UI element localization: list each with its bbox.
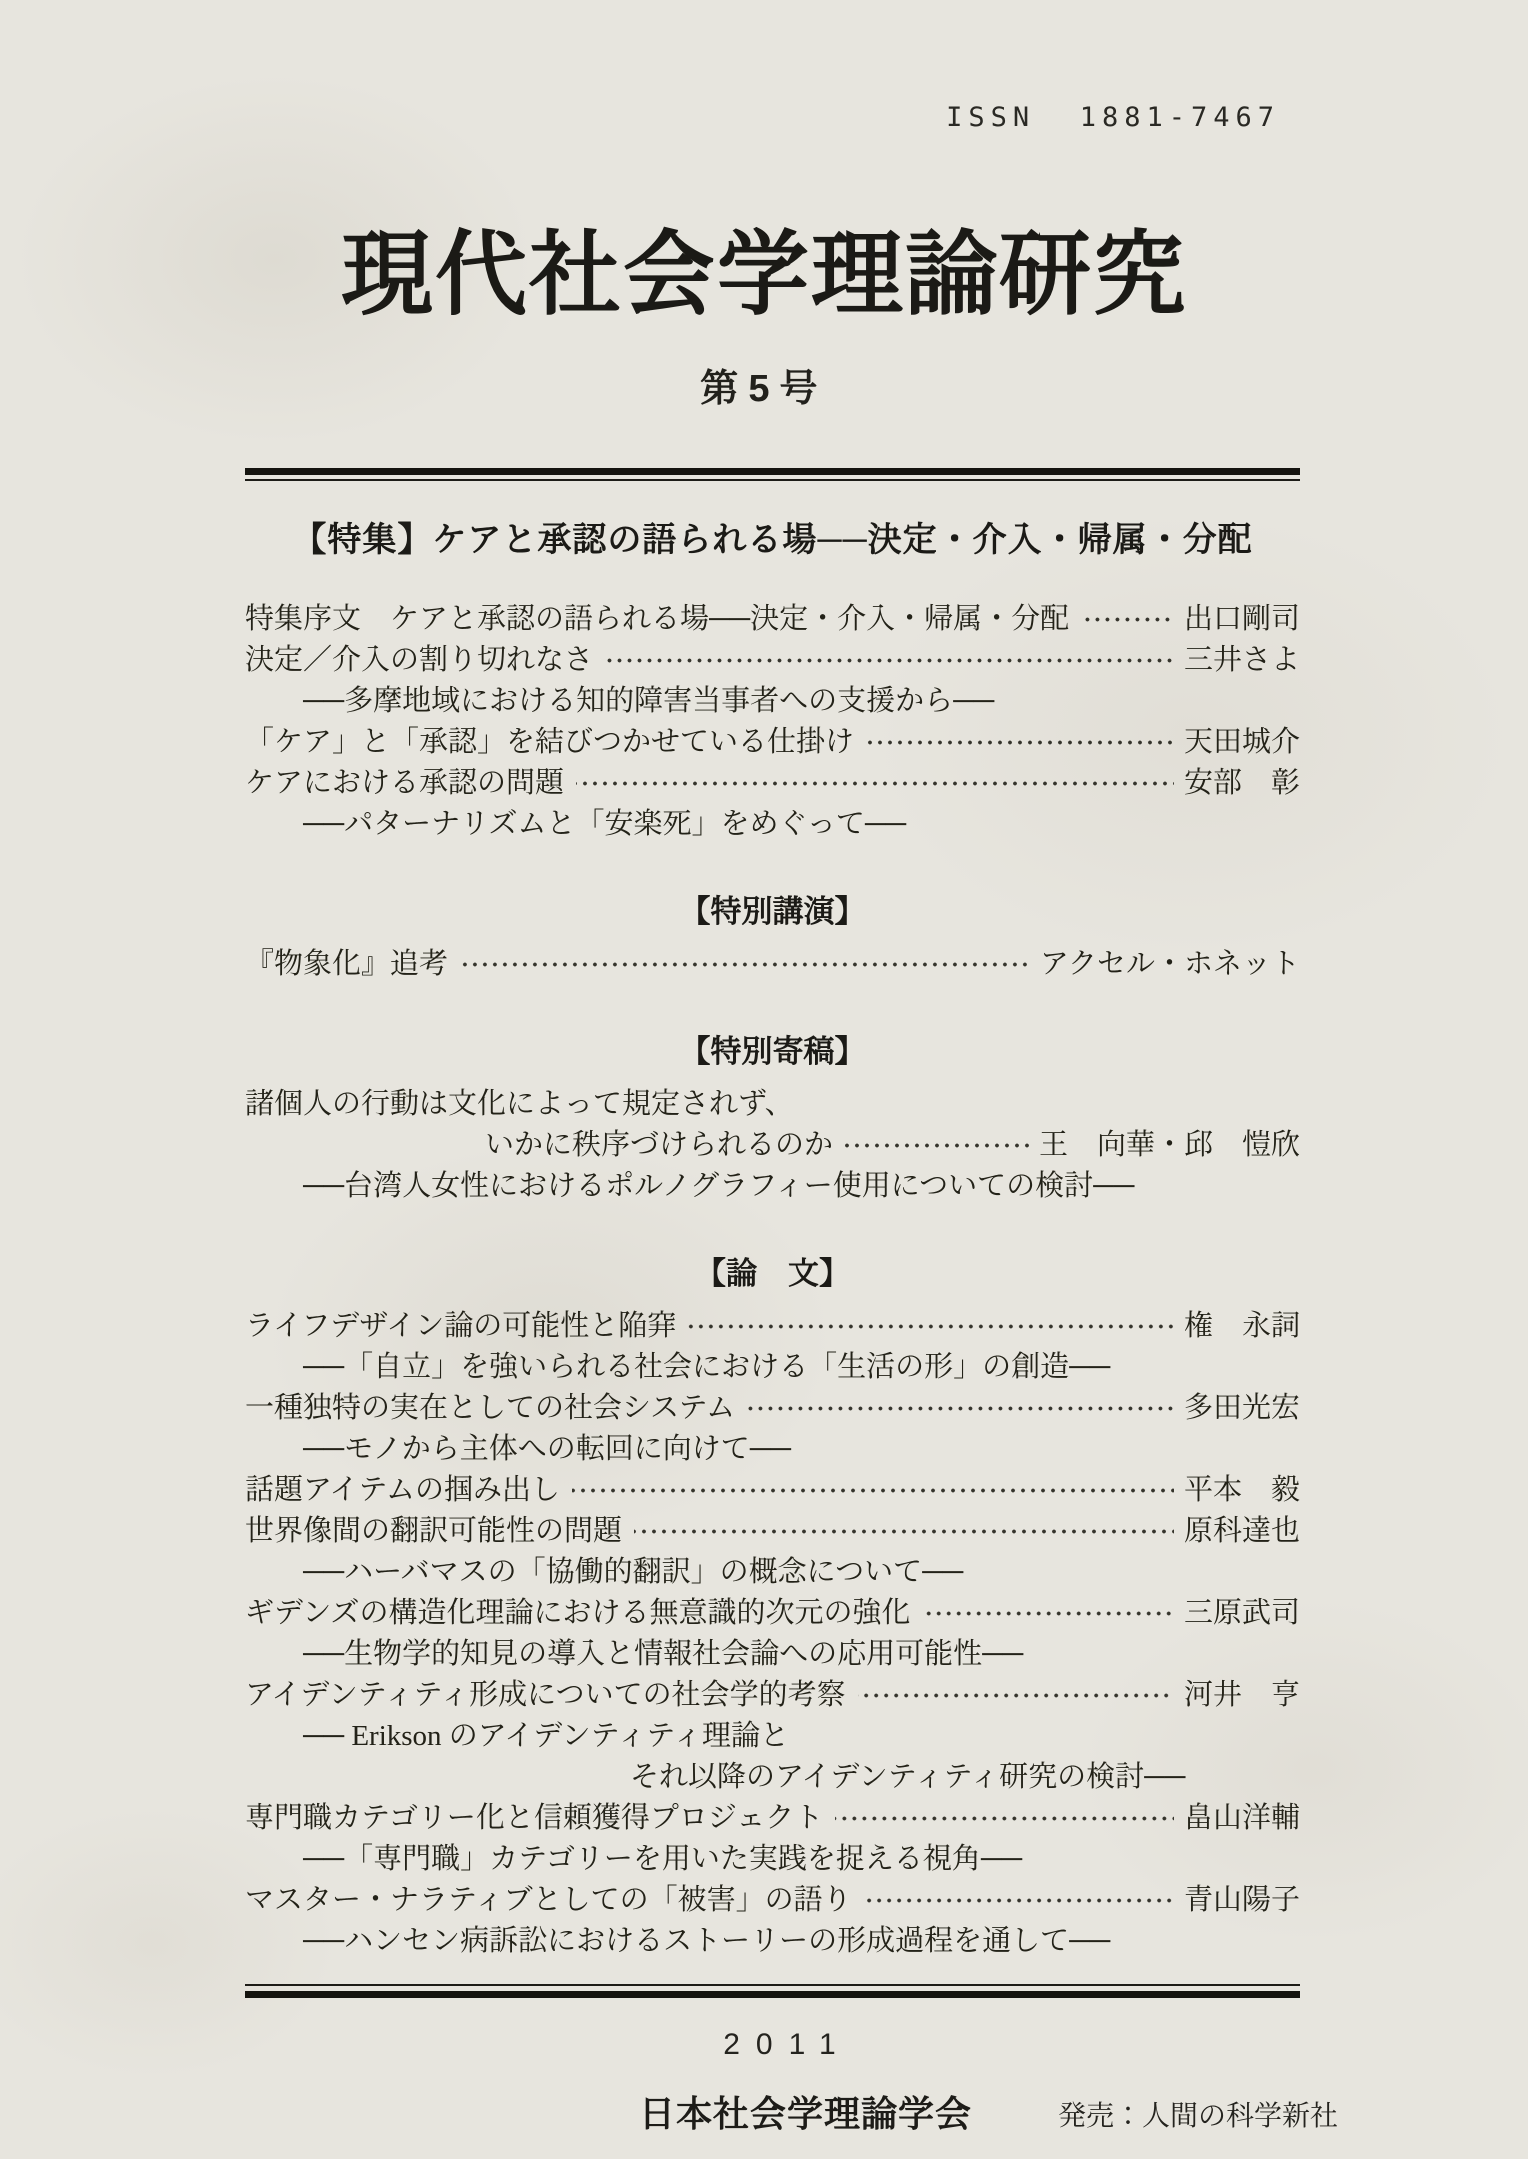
toc-entry-author: 王 向華・邱 愷欣 [1039,1125,1300,1166]
dot-leader [858,1693,1174,1698]
feature-heading: 【特集】ケアと承認の語られる場──決定・介入・帰属・分配 [245,512,1300,561]
publisher-row: 日本社会学理論学会 発売：人間の科学新社 [245,2086,1300,2137]
toc-entry: 特集序文 ケアと承認の語られる場──決定・介入・帰属・分配出口剛司 [245,599,1300,640]
bottom-divider-thick-line [245,1991,1300,1998]
toc-subtitle-line: ── Erikson のアイデンティティ理論と [245,1716,1300,1757]
dot-leader [576,781,1174,786]
toc-entry-author: 平本 毅 [1184,1470,1300,1511]
toc-subtitle-line: ──モノから主体への転回に向けて── [245,1429,1300,1470]
toc-entry-title: 専門職カテゴリー化と信頼獲得プロジェクト [245,1798,823,1839]
toc-entry-author: 天田城介 [1184,722,1300,763]
toc-subtitle-line: ──パターナリズムと「安楽死」をめぐって── [245,804,1300,845]
dot-leader [605,658,1174,663]
toc-entry: ギデンズの構造化理論における無意識的次元の強化三原武司 [245,1593,1300,1634]
toc-entry-title: 一種独特の実在としての社会システム [245,1388,735,1429]
toc-subtitle-line: ──「自立」を強いられる社会における「生活の形」の創造── [245,1347,1300,1388]
toc-entry: 決定／介入の割り切れなさ三井さよ [245,640,1300,681]
toc-entry-title: 特集序文 ケアと承認の語られる場──決定・介入・帰属・分配 [245,599,1069,640]
dot-leader [572,1488,1174,1493]
journal-title: 現代社会学理論研究 [0,229,1528,321]
toc-subtitle-line: それ以降のアイデンティティ研究の検討── [245,1757,1300,1798]
toc-entry-title: 決定／介入の割り切れなさ [245,640,593,681]
toc-entry: 専門職カテゴリー化と信頼獲得プロジェクト畠山洋輔 [245,1798,1300,1839]
toc-entry: 『物象化』追考アクセル・ホネット [245,944,1300,985]
top-divider-thin-line [245,479,1300,481]
publisher-name: 日本社会学理論学会 [639,2093,972,2134]
dot-leader [460,962,1030,967]
toc-entry-title: 世界像間の翻訳可能性の問題 [245,1511,622,1552]
toc-entry: いかに秩序づけられるのか王 向華・邱 愷欣 [245,1125,1300,1166]
toc-subtitle-line: ──台湾人女性におけるポルノグラフィー使用についての検討── [245,1166,1300,1207]
toc-entry: 一種独特の実在としての社会システム多田光宏 [245,1388,1300,1429]
toc-section-heading: 【特別講演】 [245,891,1300,932]
issue-number: 第5号 [0,357,1528,412]
toc-section-heading: 【論 文】 [245,1253,1300,1294]
issn-text: ISSN 1881-7467 [0,102,1528,133]
toc-entry-title: ライフデザイン論の可能性と陥穽 [245,1306,676,1347]
toc-entry: 世界像間の翻訳可能性の問題原科達也 [245,1511,1300,1552]
journal-cover: ISSN 1881-7467 現代社会学理論研究 第5号 【特集】ケアと承認の語… [0,0,1528,2159]
dot-leader [923,1611,1174,1616]
dot-leader [688,1324,1174,1329]
toc-entry-author: 多田光宏 [1184,1388,1300,1429]
toc-entry-author: 三原武司 [1184,1593,1300,1634]
toc-entry: 「ケア」と「承認」を結びつかせている仕掛け天田城介 [245,722,1300,763]
toc-entry-author: 出口剛司 [1184,599,1300,640]
toc-subtitle-line: ──ハンセン病訴訟におけるストーリーの形成過程を通して── [245,1921,1300,1962]
toc-entry: ケアにおける承認の問題安部 彰 [245,763,1300,804]
toc-subtitle-line: ──ハーバマスの「協働的翻訳」の概念について── [245,1552,1300,1593]
dot-leader [864,1898,1174,1903]
toc-subtitle-line: ──生物学的知見の導入と情報社会論への応用可能性── [245,1634,1300,1675]
toc-entry-author: 安部 彰 [1184,763,1300,804]
toc: 特集序文 ケアと承認の語られる場──決定・介入・帰属・分配出口剛司決定／介入の割… [245,599,1300,1962]
toc-entry-author: 原科達也 [1184,1511,1300,1552]
distributor-name: 発売：人間の科学新社 [1058,2094,1338,2134]
toc-entry: マスター・ナラティブとしての「被害」の語り青山陽子 [245,1880,1300,1921]
dot-leader [747,1406,1174,1411]
toc-entry: ライフデザイン論の可能性と陥穽権 永詞 [245,1306,1300,1347]
toc-subtitle-line: ──多摩地域における知的障害当事者への支援から── [245,681,1300,722]
toc-entry-author: 権 永詞 [1184,1306,1300,1347]
toc-subtitle-line: ──「専門職」カテゴリーを用いた実践を捉える視角── [245,1839,1300,1880]
toc-entry-title: 「ケア」と「承認」を結びつかせている仕掛け [245,722,854,763]
dot-leader [634,1529,1174,1534]
toc-entry: 話題アイテムの掴み出し平本 毅 [245,1470,1300,1511]
toc-section-heading: 【特別寄稿】 [245,1031,1300,1072]
dot-leader [866,740,1174,745]
toc-entry-title: ケアにおける承認の問題 [245,763,564,804]
dot-leader [845,1143,1029,1148]
toc-entry: アイデンティティ形成についての社会学的考察河井 亨 [245,1675,1300,1716]
toc-subtitle-line: 諸個人の行動は文化によって規定されず、 [245,1084,1300,1125]
dot-leader [835,1816,1174,1821]
toc-entry-author: 河井 亨 [1184,1675,1300,1716]
toc-entry-author: 三井さよ [1184,640,1300,681]
toc-entry-title: マスター・ナラティブとしての「被害」の語り [245,1880,852,1921]
toc-entry-author: 畠山洋輔 [1184,1798,1300,1839]
toc-entry-title: ギデンズの構造化理論における無意識的次元の強化 [245,1593,911,1634]
toc-entry-title: いかに秩序づけられるのか [485,1125,833,1166]
toc-entry-author: 青山陽子 [1184,1880,1300,1921]
toc-entry-author: アクセル・ホネット [1040,944,1300,985]
dot-leader [1081,617,1174,622]
toc-entry-title: アイデンティティ形成についての社会学的考察 [245,1675,846,1716]
top-divider-thick-line [245,468,1300,475]
toc-entry-title: 『物象化』追考 [245,944,448,985]
publication-year: 2011 [245,2028,1300,2062]
toc-entry-title: 話題アイテムの掴み出し [245,1470,560,1511]
